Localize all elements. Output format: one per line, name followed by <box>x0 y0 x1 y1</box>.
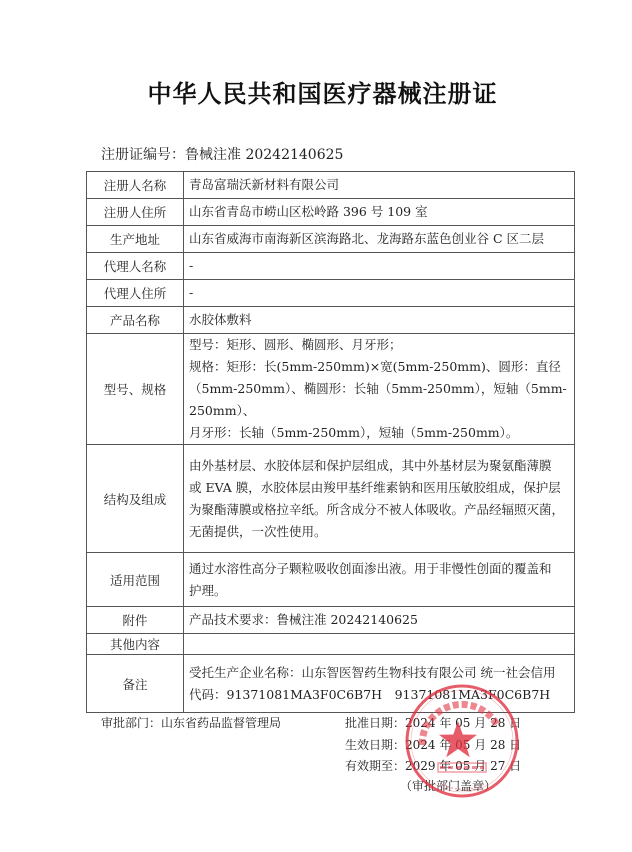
table-row: 附件 产品技术要求：鲁械注准 20242140625 <box>87 607 575 634</box>
certificate-table: 注册人名称 青岛富瑞沃新材料有限公司 注册人住所 山东省青岛市崂山区松岭路 39… <box>86 171 575 713</box>
table-row: 适用范围 通过水溶性高分子颗粒吸收创面渗出液。用于非慢性创面的覆盖和 护理。 <box>87 553 575 607</box>
row-label: 代理人住所 <box>87 280 184 307</box>
row-value: 通过水溶性高分子颗粒吸收创面渗出液。用于非慢性创面的覆盖和 护理。 <box>184 553 575 607</box>
dates-block: 批准日期：2024 年 05 月 28 日 生效日期：2024 年 05 月 2… <box>345 713 521 778</box>
row-label: 其他内容 <box>87 634 184 655</box>
value-line: 无菌提供，一次性使用。 <box>189 521 569 543</box>
row-value: 产品技术要求：鲁械注准 20242140625 <box>184 607 575 634</box>
registration-number-value: 鲁械注准 20242140625 <box>185 147 343 163</box>
row-label: 备注 <box>87 655 184 713</box>
value-line: 代码：91371081MA3F0C6B7H 91371081MA3F0C6B7H <box>189 684 569 706</box>
table-row: 注册人名称 青岛富瑞沃新材料有限公司 <box>87 172 575 199</box>
table-row: 型号、规格 型号：矩形、圆形、椭圆形、月牙形； 规格：矩形：长(5mm-250m… <box>87 334 575 445</box>
seal-note: （审批部门盖章） <box>400 777 496 794</box>
value-line: （5mm-250mm）、椭圆形：长轴（5mm-250mm），短轴（5mm-250… <box>189 378 569 422</box>
table-row: 备注 受托生产企业名称：山东智医智药生物科技有限公司 统一社会信用 代码：913… <box>87 655 575 713</box>
value-line: 由外基材层、水胶体层和保护层组成，其中外基材层为聚氨酯薄膜 <box>189 455 569 477</box>
table-row: 代理人名称 - <box>87 253 575 280</box>
row-label: 适用范围 <box>87 553 184 607</box>
row-label: 型号、规格 <box>87 334 184 445</box>
value-line: 月牙形：长轴（5mm-250mm），短轴（5mm-250mm）。 <box>189 422 569 444</box>
table-row: 生产地址 山东省威海市南海新区滨海路北、龙海路东蓝色创业谷 C 区二层 <box>87 226 575 253</box>
value-line: 型号：矩形、圆形、椭圆形、月牙形； <box>189 334 569 356</box>
registration-number-label: 注册证编号： <box>101 147 185 163</box>
row-value: 水胶体敷料 <box>184 307 575 334</box>
row-label: 注册人名称 <box>87 172 184 199</box>
row-value: 青岛富瑞沃新材料有限公司 <box>184 172 575 199</box>
table-row: 注册人住所 山东省青岛市崂山区松岭路 396 号 109 室 <box>87 199 575 226</box>
table-row: 产品名称 水胶体敷料 <box>87 307 575 334</box>
row-value: - <box>184 253 575 280</box>
approval-department: 审批部门：山东省药品监督管理局 <box>101 714 281 731</box>
row-label: 附件 <box>87 607 184 634</box>
registration-number: 注册证编号：鲁械注准 20242140625 <box>101 144 343 164</box>
row-label: 代理人名称 <box>87 253 184 280</box>
value-line: 为聚酯薄膜或格拉辛纸。所含成分不被人体吸收。产品经辐照灭菌， <box>189 499 569 521</box>
row-label: 结构及组成 <box>87 445 184 553</box>
expiry-date: 有效期至：2029 年 05 月 27 日 <box>345 756 521 778</box>
effective-date: 生效日期：2024 年 05 月 28 日 <box>345 735 521 757</box>
row-label: 生产地址 <box>87 226 184 253</box>
table-row: 代理人住所 - <box>87 280 575 307</box>
row-value <box>184 634 575 655</box>
value-line: 通过水溶性高分子颗粒吸收创面渗出液。用于非慢性创面的覆盖和 <box>189 558 569 580</box>
table-row: 其他内容 <box>87 634 575 655</box>
value-line: 护理。 <box>189 580 569 602</box>
row-value: 型号：矩形、圆形、椭圆形、月牙形； 规格：矩形：长(5mm-250mm)×宽(5… <box>184 334 575 445</box>
value-line: 受托生产企业名称：山东智医智药生物科技有限公司 统一社会信用 <box>189 662 569 684</box>
table-row: 结构及组成 由外基材层、水胶体层和保护层组成，其中外基材层为聚氨酯薄膜 或 EV… <box>87 445 575 553</box>
row-label: 注册人住所 <box>87 199 184 226</box>
row-label: 产品名称 <box>87 307 184 334</box>
row-value: 山东省青岛市崂山区松岭路 396 号 109 室 <box>184 199 575 226</box>
row-value: - <box>184 280 575 307</box>
value-line: 规格：矩形：长(5mm-250mm)×宽(5mm-250mm)、圆形：直径 <box>189 356 569 378</box>
row-value: 受托生产企业名称：山东智医智药生物科技有限公司 统一社会信用 代码：913710… <box>184 655 575 713</box>
row-value: 由外基材层、水胶体层和保护层组成，其中外基材层为聚氨酯薄膜 或 EVA 膜，水胶… <box>184 445 575 553</box>
approval-date: 批准日期：2024 年 05 月 28 日 <box>345 713 521 735</box>
certificate-title: 中华人民共和国医疗器械注册证 <box>0 74 632 109</box>
row-value: 山东省威海市南海新区滨海路北、龙海路东蓝色创业谷 C 区二层 <box>184 226 575 253</box>
value-line: 或 EVA 膜，水胶体层由羧甲基纤维素钠和医用压敏胶组成，保护层 <box>189 477 569 499</box>
